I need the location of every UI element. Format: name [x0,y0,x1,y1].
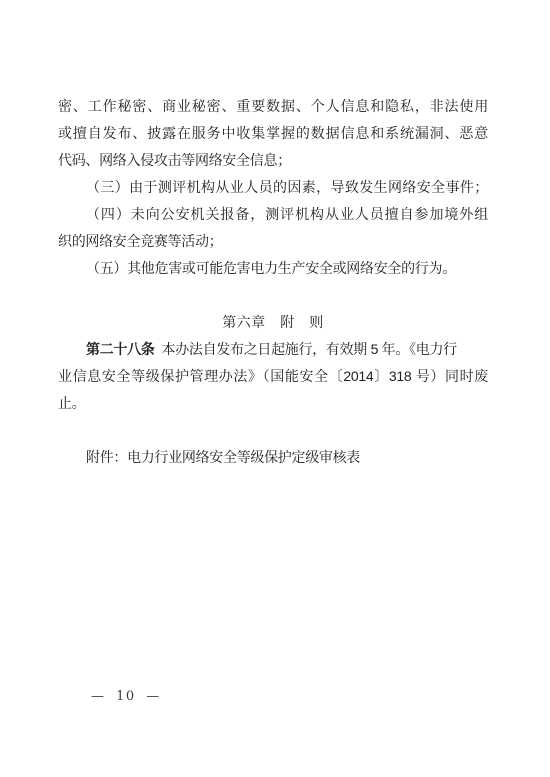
article-28-line-3: 止。 [58,390,488,417]
article-28-line-2: 业信息安全等级保护管理办法》（国能安全〔2014〕318 号）同时废 [58,363,488,390]
blank-line [58,417,488,444]
paragraph-continued-line-2: 或擅自发布、披露在服务中收集掌握的数据信息和系统漏洞、恶意 [58,120,488,147]
document-page: 密、工作秘密、商业秘密、重要数据、个人信息和隐私，非法使用 或擅自发布、披露在服… [0,0,550,777]
paragraph-continued-line-1: 密、工作秘密、商业秘密、重要数据、个人信息和隐私，非法使用 [58,93,488,120]
article-28-line-1-text: 本办法自发布之日起施行，有效期 5 年。《电力行 [162,341,457,357]
paragraph-continued-line-3: 代码、网络入侵攻击等网络安全信息； [58,147,488,174]
attachment-note: 附件：电力行业网络安全等级保护定级审核表 [58,444,488,471]
list-item-5-line-1: （五）其他危害或可能危害电力生产安全或网络安全的行为。 [58,255,488,282]
page-number: — 10 — [91,689,161,704]
list-item-4-line-2: 织的网络安全竞赛等活动； [58,228,488,255]
text-block: 密、工作秘密、商业秘密、重要数据、个人信息和隐私，非法使用 或擅自发布、披露在服… [58,93,488,471]
list-item-4-line-1: （四）未向公安机关报备，测评机构从业人员擅自参加境外组 [58,201,488,228]
chapter-heading: 第六章 附 则 [58,309,488,336]
blank-line [58,282,488,309]
article-28-number: 第二十八条 [86,341,155,357]
list-item-3-line-1: （三）由于测评机构从业人员的因素，导致发生网络安全事件； [58,174,488,201]
article-28-line-1: 第二十八条本办法自发布之日起施行，有效期 5 年。《电力行 [58,336,488,363]
